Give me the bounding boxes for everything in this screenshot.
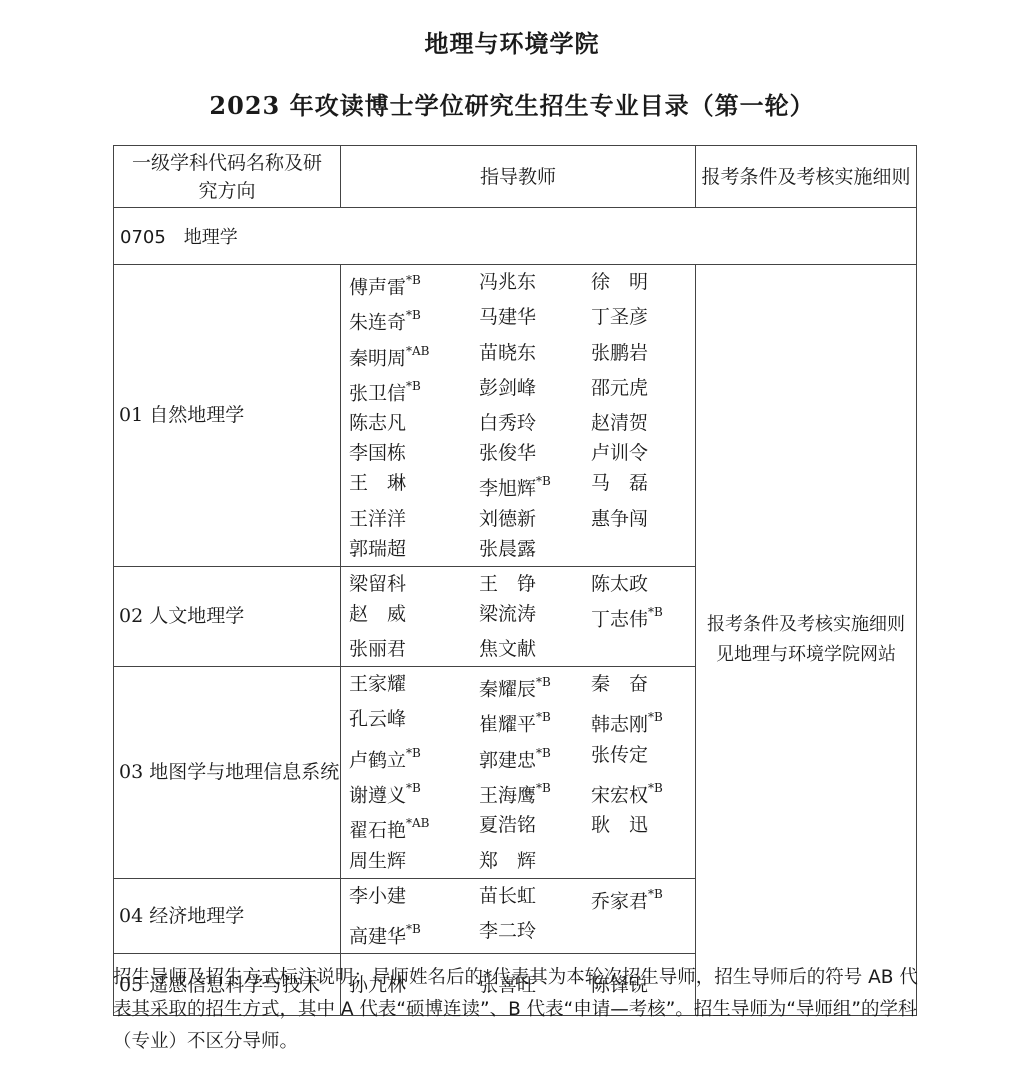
recruit-mark: *AB — [406, 816, 429, 830]
teacher-name: 谢遵义*B — [349, 775, 479, 810]
teacher-name: 王洋洋 — [349, 504, 479, 534]
teacher-name: 徐 明 — [591, 267, 695, 302]
teacher-name: 王 琳 — [349, 468, 479, 503]
direction-name: 03 地图学与地理信息系统 — [114, 666, 341, 878]
header-direction: 一级学科代码名称及研究方向 — [114, 146, 341, 208]
recruit-mark: *B — [536, 675, 551, 689]
teacher-name: 孔云峰 — [349, 704, 479, 739]
teacher-name: 王家耀 — [349, 669, 479, 704]
teacher-name: 赵 威 — [349, 599, 479, 634]
document-title: 2023 年攻读博士学位研究生招生专业目录（第一轮） — [0, 86, 1024, 121]
recruit-mark: *AB — [406, 344, 429, 358]
teacher-name: 白秀玲 — [479, 408, 591, 438]
teacher-name: 周生辉 — [349, 846, 479, 876]
teacher-name: 惠争闯 — [591, 504, 695, 534]
teacher-list: 梁留科王 铮陈太政赵 威梁流涛丁志伟*B张丽君焦文献 — [340, 566, 695, 666]
rules-cell: 报考条件及考核实施细则见地理与环境学院网站 — [695, 265, 916, 1016]
teacher-name: 张传定 — [591, 740, 695, 775]
header-row: 一级学科代码名称及研究方向 指导教师 报考条件及考核实施细则 — [114, 146, 917, 208]
recruit-mark: *B — [406, 746, 421, 760]
teacher-name: 韩志刚*B — [591, 704, 695, 739]
teacher-name: 郑 辉 — [479, 846, 591, 876]
recruit-mark: *B — [406, 379, 421, 393]
recruit-mark: *B — [536, 710, 551, 724]
teacher-name: 高建华*B — [349, 916, 479, 951]
teacher-name: 张卫信*B — [349, 373, 479, 408]
teacher-name: 邵元虎 — [591, 373, 695, 408]
teacher-name: 李二玲 — [479, 916, 591, 951]
teacher-name: 张俊华 — [479, 438, 591, 468]
recruit-mark: *B — [648, 887, 663, 901]
annotation-note: 招生导师及招生方式标注说明：导师姓名后的*代表其为本轮次招生导师，招生导师后的符… — [113, 962, 919, 1058]
teacher-name: 卢训令 — [591, 438, 695, 468]
recruit-mark: *B — [648, 781, 663, 795]
recruit-mark: *B — [536, 781, 551, 795]
teacher-name: 焦文献 — [479, 634, 591, 664]
teacher-name: 李国栋 — [349, 438, 479, 468]
teacher-name: 傅声雷*B — [349, 267, 479, 302]
teacher-name: 乔家君*B — [591, 881, 695, 916]
recruit-mark: *B — [536, 746, 551, 760]
subject-code-name: 0705 地理学 — [114, 208, 917, 265]
recruit-mark: *B — [648, 710, 663, 724]
teacher-name: 王 铮 — [479, 569, 591, 599]
teacher-name: 郭建忠*B — [479, 740, 591, 775]
catalog-table: 一级学科代码名称及研究方向 指导教师 报考条件及考核实施细则 0705 地理学 … — [113, 145, 917, 1016]
recruit-mark: *B — [406, 922, 421, 936]
teacher-name: 崔耀平*B — [479, 704, 591, 739]
recruit-mark: *B — [406, 781, 421, 795]
header-rules: 报考条件及考核实施细则 — [695, 146, 916, 208]
teacher-name: 刘德新 — [479, 504, 591, 534]
teacher-name: 秦耀辰*B — [479, 669, 591, 704]
teacher-name: 耿 迅 — [591, 810, 695, 845]
teacher-name: 宋宏权*B — [591, 775, 695, 810]
teacher-name: 翟石艳*AB — [349, 810, 479, 845]
teacher-name: 丁圣彦 — [591, 302, 695, 337]
teacher-name: 陈太政 — [591, 569, 695, 599]
teacher-name: 王海鹰*B — [479, 775, 591, 810]
direction-name: 04 经济地理学 — [114, 878, 341, 954]
teacher-name: 卢鹤立*B — [349, 740, 479, 775]
teacher-name: 张晨露 — [479, 534, 591, 564]
teacher-name: 丁志伟*B — [591, 599, 695, 634]
recruit-mark: *B — [536, 474, 551, 488]
teacher-list: 傅声雷*B冯兆东徐 明朱连奇*B马建华丁圣彦秦明周*AB苗晓东张鹏岩张卫信*B彭… — [340, 265, 695, 567]
teacher-name: 梁流涛 — [479, 599, 591, 634]
recruit-mark: *B — [648, 605, 663, 619]
recruit-mark: *B — [406, 308, 421, 322]
teacher-name: 彭剑峰 — [479, 373, 591, 408]
teacher-name: 陈志凡 — [349, 408, 479, 438]
recruit-mark: *B — [406, 273, 421, 287]
teacher-name: 夏浩铭 — [479, 810, 591, 845]
teacher-name: 马建华 — [479, 302, 591, 337]
subject-row: 0705 地理学 — [114, 208, 917, 265]
teacher-name: 秦 奋 — [591, 669, 695, 704]
rules-text: 报考条件及考核实施细则见地理与环境学院网站 — [696, 610, 916, 670]
teacher-name: 苗长虹 — [479, 881, 591, 916]
teacher-list: 李小建苗长虹乔家君*B高建华*B李二玲 — [340, 878, 695, 954]
teacher-name: 冯兆东 — [479, 267, 591, 302]
teacher-name: 张丽君 — [349, 634, 479, 664]
school-title: 地理与环境学院 — [0, 24, 1024, 59]
direction-name: 01 自然地理学 — [114, 265, 341, 567]
teacher-name: 李旭辉*B — [479, 468, 591, 503]
teacher-list: 王家耀秦耀辰*B秦 奋孔云峰崔耀平*B韩志刚*B卢鹤立*B郭建忠*B张传定谢遵义… — [340, 666, 695, 878]
direction-row: 01 自然地理学 傅声雷*B冯兆东徐 明朱连奇*B马建华丁圣彦秦明周*AB苗晓东… — [114, 265, 917, 567]
teacher-name: 张鹏岩 — [591, 338, 695, 373]
teacher-name: 李小建 — [349, 881, 479, 916]
teacher-name: 苗晓东 — [479, 338, 591, 373]
teacher-name: 赵清贺 — [591, 408, 695, 438]
header-supervisors: 指导教师 — [340, 146, 695, 208]
teacher-name: 马 磊 — [591, 468, 695, 503]
teacher-name: 梁留科 — [349, 569, 479, 599]
teacher-name: 朱连奇*B — [349, 302, 479, 337]
teacher-name: 郭瑞超 — [349, 534, 479, 564]
teacher-name: 秦明周*AB — [349, 338, 479, 373]
direction-name: 02 人文地理学 — [114, 566, 341, 666]
